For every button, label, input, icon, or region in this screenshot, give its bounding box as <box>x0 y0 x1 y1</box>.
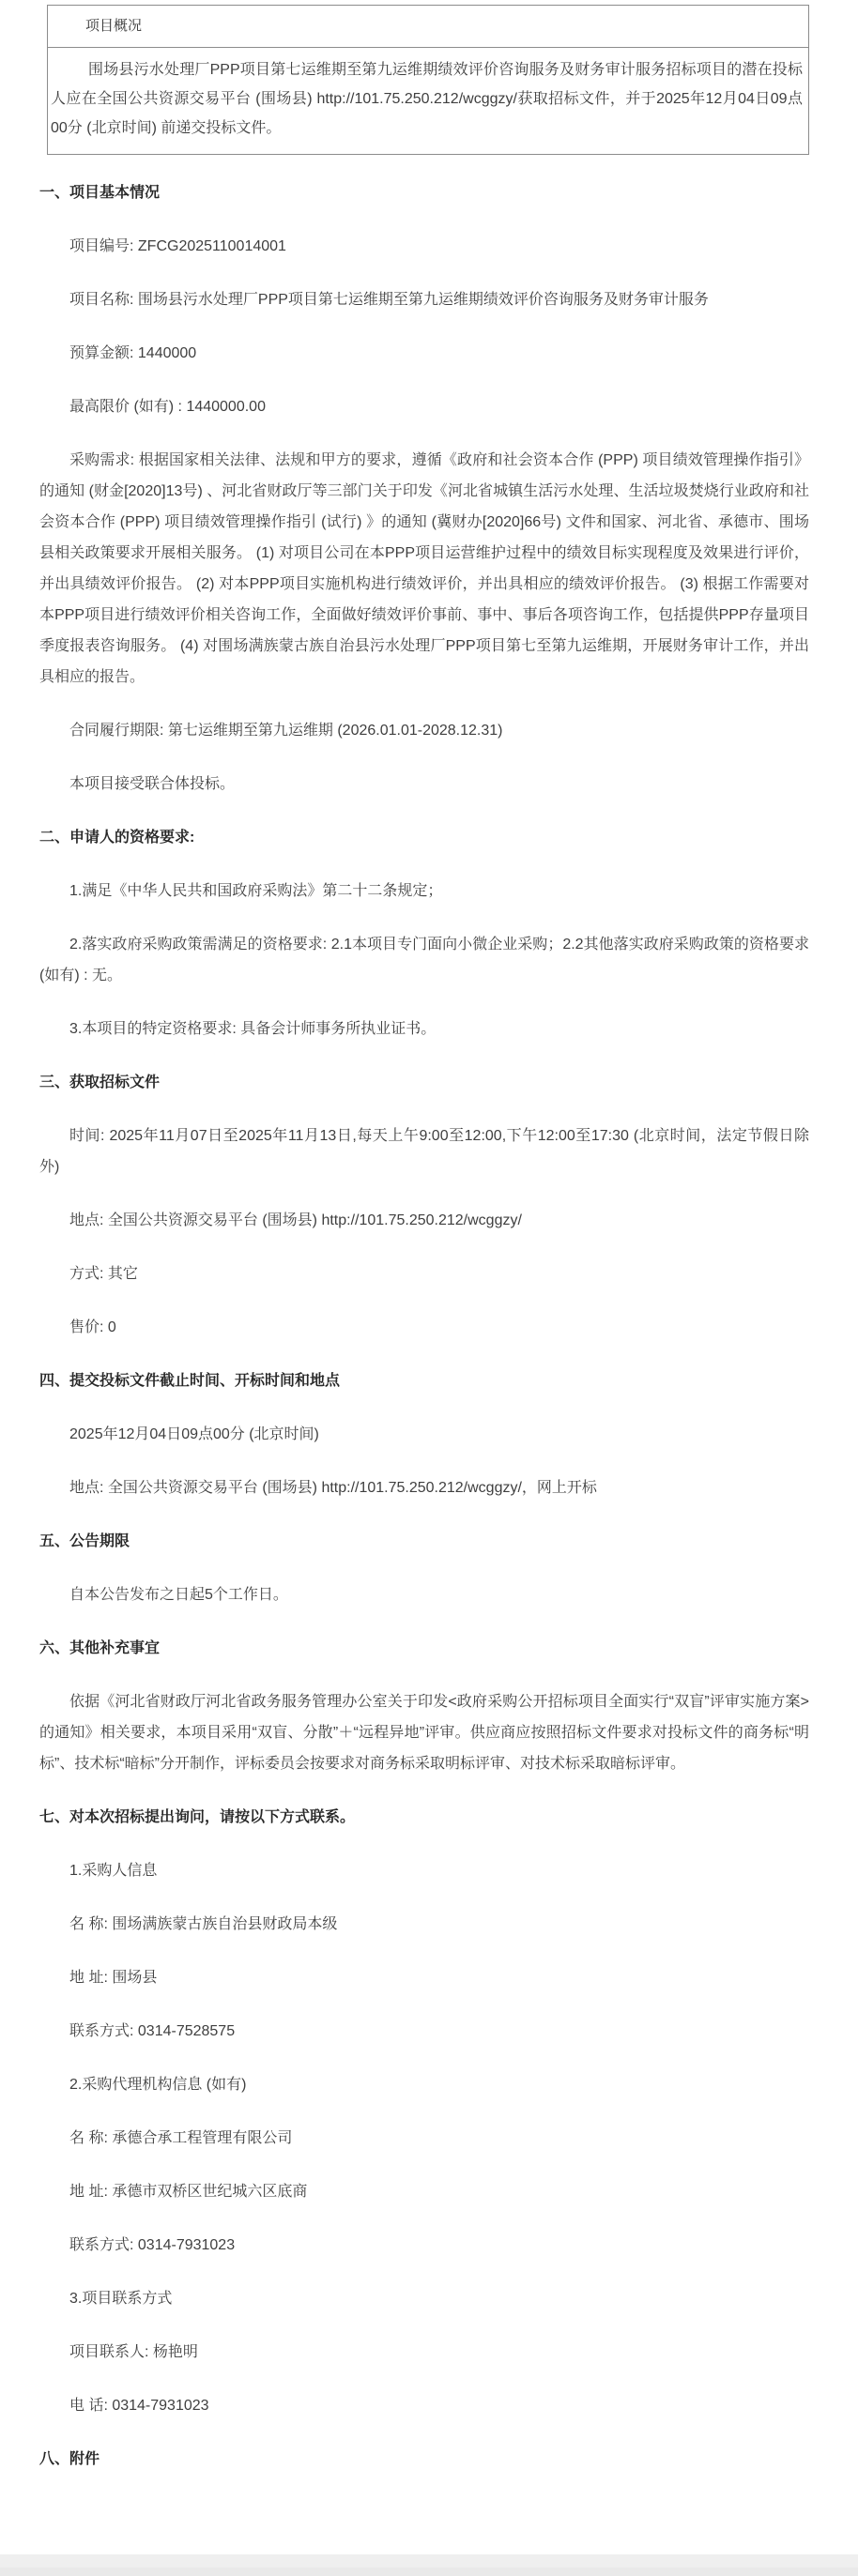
paragraph: 预算金额: 1440000 <box>39 338 809 369</box>
paragraph: 名 称: 围场满族蒙古族自治县财政局本级 <box>39 1909 809 1940</box>
announcement-page: 项目概况 围场县污水处理厂PPP项目第七运维期至第九运维期绩效评价咨询服务及财务… <box>0 0 858 2576</box>
paragraph: 时间: 2025年11月07日至2025年11月13日,每天上午9:00至12:… <box>39 1120 809 1182</box>
announcement-sections: 一、项目基本情况项目编号: ZFCG2025110014001项目名称: 围场县… <box>39 177 809 2475</box>
page-footer <box>0 2554 858 2576</box>
paragraph: 项目编号: ZFCG2025110014001 <box>39 231 809 262</box>
paragraph: 3.本项目的特定资格要求: 具备会计师事务所执业证书。 <box>39 1014 809 1044</box>
paragraph: 依据《河北省财政厅河北省政务服务管理办公室关于印发<政府采购公开招标项目全面实行… <box>39 1686 809 1779</box>
section-heading: 四、提交投标文件截止时间、开标时间和地点 <box>39 1365 809 1396</box>
paragraph: 合同履行期限: 第七运维期至第九运维期 (2026.01.01-2028.12.… <box>39 715 809 746</box>
paragraph: 电 话: 0314-7931023 <box>39 2390 809 2421</box>
project-overview-box: 项目概况 围场县污水处理厂PPP项目第七运维期至第九运维期绩效评价咨询服务及财务… <box>47 5 809 155</box>
overview-title: 项目概况 <box>48 6 808 48</box>
section-heading: 八、附件 <box>39 2444 809 2475</box>
paragraph: 2.落实政府采购政策需满足的资格要求: 2.1本项目专门面向小微企业采购；2.2… <box>39 929 809 991</box>
paragraph: 采购需求: 根据国家相关法律、法规和甲方的要求，遵循《政府和社会资本合作 (PP… <box>39 445 809 693</box>
paragraph: 本项目接受联合体投标。 <box>39 769 809 800</box>
paragraph: 方式: 其它 <box>39 1258 809 1289</box>
paragraph: 地 址: 承德市双桥区世纪城六区底商 <box>39 2176 809 2207</box>
footer-strip-light <box>0 2554 858 2568</box>
paragraph: 最高限价 (如有) : 1440000.00 <box>39 391 809 422</box>
overview-summary: 围场县污水处理厂PPP项目第七运维期至第九运维期绩效评价咨询服务及财务审计服务招… <box>48 48 808 154</box>
paragraph: 地 址: 围场县 <box>39 1962 809 1993</box>
paragraph: 名 称: 承德合承工程管理有限公司 <box>39 2123 809 2154</box>
paragraph: 联系方式: 0314-7931023 <box>39 2230 809 2261</box>
paragraph: 地点: 全国公共资源交易平台 (围场县) http://101.75.250.2… <box>39 1472 809 1503</box>
section-heading: 五、公告期限 <box>39 1526 809 1557</box>
section-heading: 六、其他补充事宜 <box>39 1633 809 1664</box>
paragraph: 1.满足《中华人民共和国政府采购法》第二十二条规定； <box>39 876 809 907</box>
paragraph: 项目名称: 围场县污水处理厂PPP项目第七运维期至第九运维期绩效评价咨询服务及财… <box>39 284 809 315</box>
paragraph: 联系方式: 0314-7528575 <box>39 2016 809 2047</box>
paragraph: 3.项目联系方式 <box>39 2283 809 2314</box>
paragraph: 2.采购代理机构信息 (如有) <box>39 2069 809 2100</box>
paragraph: 1.采购人信息 <box>39 1855 809 1886</box>
section-heading: 二、申请人的资格要求: <box>39 822 809 853</box>
section-heading: 七、对本次招标提出询问，请按以下方式联系。 <box>39 1802 809 1833</box>
overview-body: 围场县污水处理厂PPP项目第七运维期至第九运维期绩效评价咨询服务及财务审计服务招… <box>48 48 808 154</box>
paragraph: 售价: 0 <box>39 1312 809 1343</box>
footer-strip-dark <box>0 2568 858 2576</box>
paragraph: 项目联系人: 杨艳明 <box>39 2337 809 2368</box>
paragraph: 2025年12月04日09点00分 (北京时间) <box>39 1419 809 1450</box>
paragraph: 地点: 全国公共资源交易平台 (围场县) http://101.75.250.2… <box>39 1205 809 1236</box>
section-heading: 三、获取招标文件 <box>39 1067 809 1098</box>
section-heading: 一、项目基本情况 <box>39 177 809 208</box>
paragraph: 自本公告发布之日起5个工作日。 <box>39 1579 809 1610</box>
